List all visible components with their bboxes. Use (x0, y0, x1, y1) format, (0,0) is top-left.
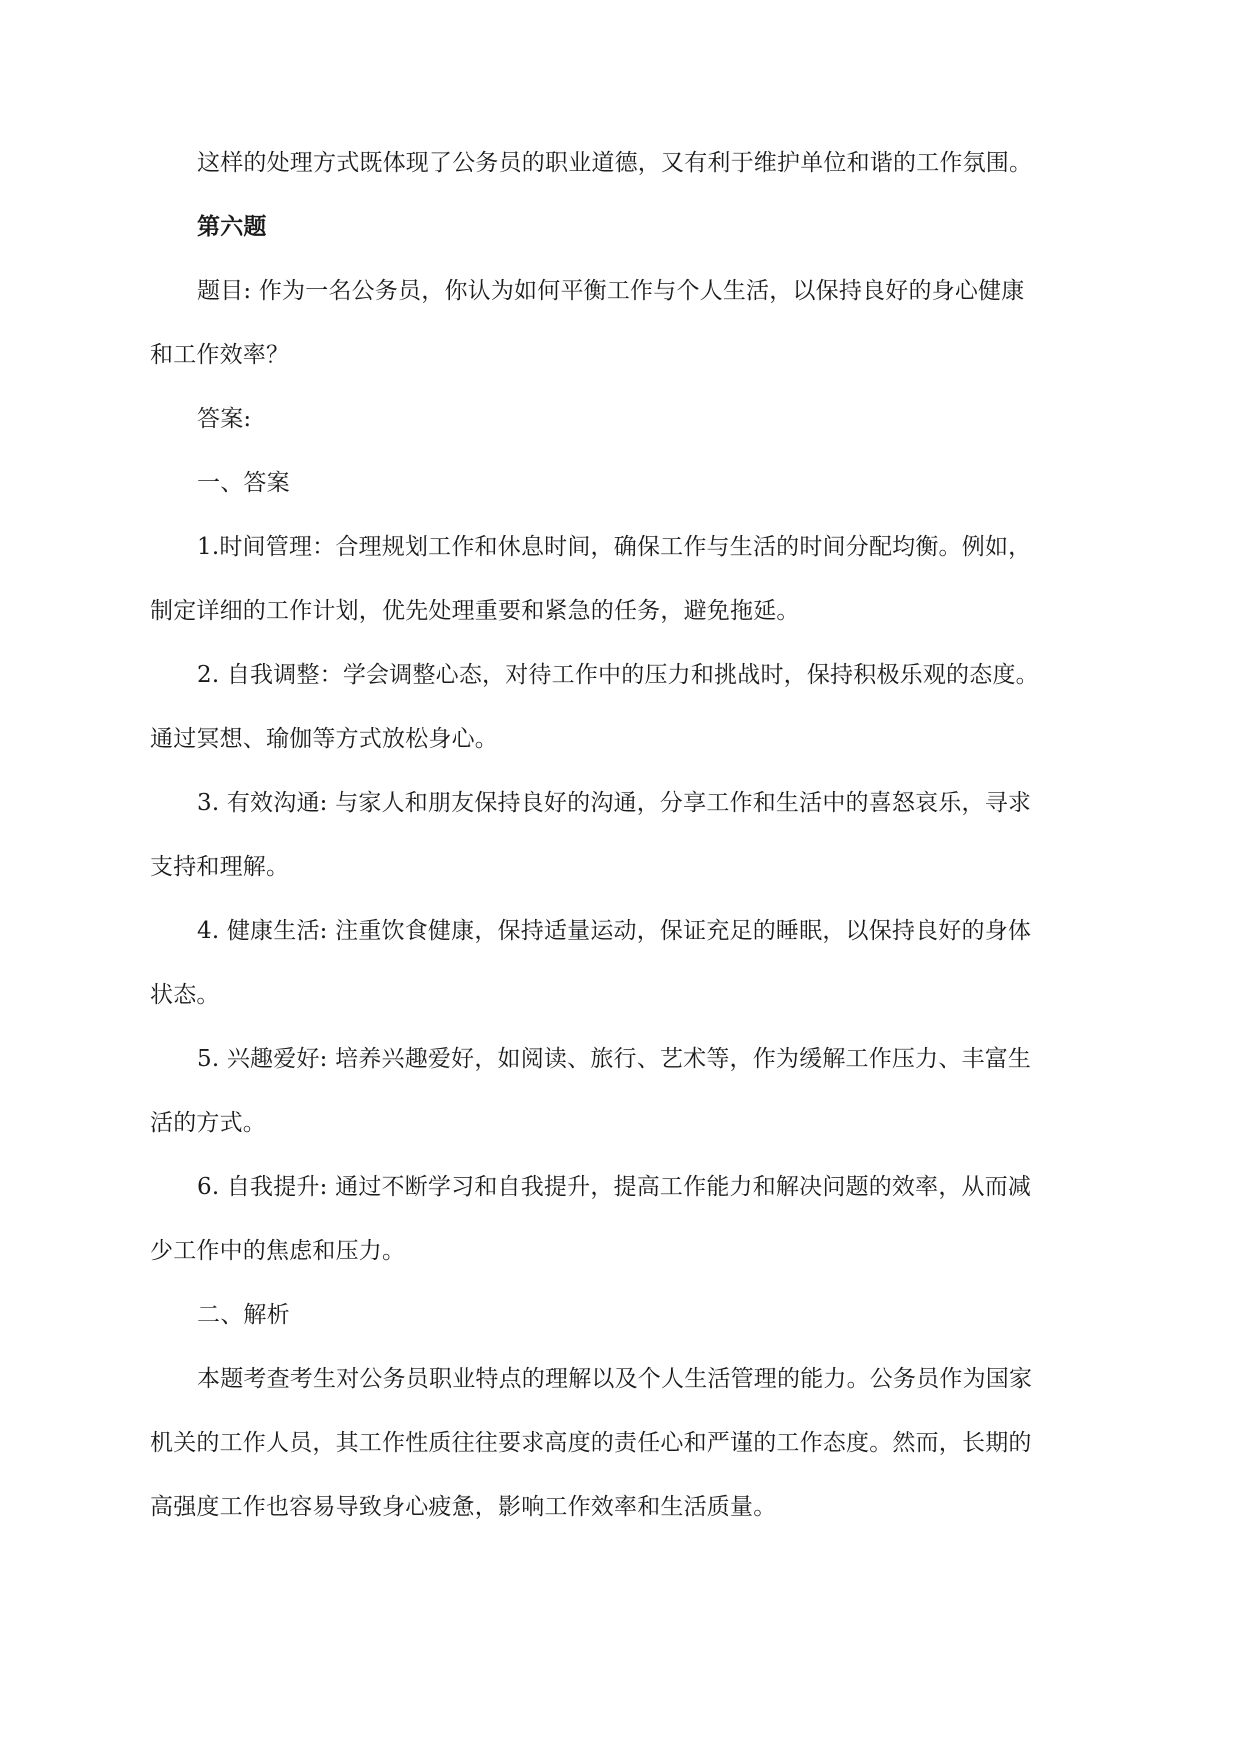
item-6-line-2: 少工作中的焦虑和压力。 (150, 1236, 405, 1266)
item-2-line-2: 通过冥想、瑜伽等方式放松身心。 (150, 724, 498, 754)
document-page: 这样的处理方式既体现了公务员的职业道德，又有利于维护单位和谐的工作氛围。 第六题… (0, 0, 1241, 1754)
part1-heading: 一、答案 (197, 468, 290, 498)
question-line-1: 题目: 作为一名公务员，你认为如何平衡工作与个人生活，以保持良好的身心健康 (197, 276, 1024, 306)
section-title: 第六题 (197, 212, 267, 242)
analysis-line-2: 机关的工作人员，其工作性质往往要求高度的责任心和严谨的工作态度。然而，长期的 (150, 1428, 1032, 1458)
item-2-line-1: 2. 自我调整：学会调整心态，对待工作中的压力和挑战时，保持积极乐观的态度。 (197, 660, 1039, 690)
answer-label: 答案: (197, 404, 251, 434)
item-3-line-1: 3. 有效沟通: 与家人和朋友保持良好的沟通，分享工作和生活中的喜怒哀乐，寻求 (197, 788, 1031, 818)
item-3-line-2: 支持和理解。 (150, 852, 289, 882)
analysis-line-3: 高强度工作也容易导致身心疲惫，影响工作效率和生活质量。 (150, 1492, 776, 1522)
item-1-line-2: 制定详细的工作计划，优先处理重要和紧急的任务，避免拖延。 (150, 596, 800, 626)
question-line-2: 和工作效率？ (150, 340, 289, 370)
part2-heading: 二、解析 (197, 1300, 290, 1330)
item-6-line-1: 6. 自我提升: 通过不断学习和自我提升，提高工作能力和解决问题的效率，从而减 (197, 1172, 1031, 1202)
item-4-line-1: 4. 健康生活: 注重饮食健康，保持适量运动，保证充足的睡眠，以保持良好的身体 (197, 916, 1031, 946)
item-1-line-1: 1.时间管理：合理规划工作和休息时间，确保工作与生活的时间分配均衡。例如， (197, 532, 1031, 562)
intro-line: 这样的处理方式既体现了公务员的职业道德，又有利于维护单位和谐的工作氛围。 (197, 148, 1032, 178)
item-4-line-2: 状态。 (150, 980, 220, 1010)
analysis-line-1: 本题考查考生对公务员职业特点的理解以及个人生活管理的能力。公务员作为国家 (197, 1364, 1032, 1394)
item-5-line-1: 5. 兴趣爱好: 培养兴趣爱好，如阅读、旅行、艺术等，作为缓解工作压力、丰富生 (197, 1044, 1031, 1074)
item-5-line-2: 活的方式。 (150, 1108, 266, 1138)
